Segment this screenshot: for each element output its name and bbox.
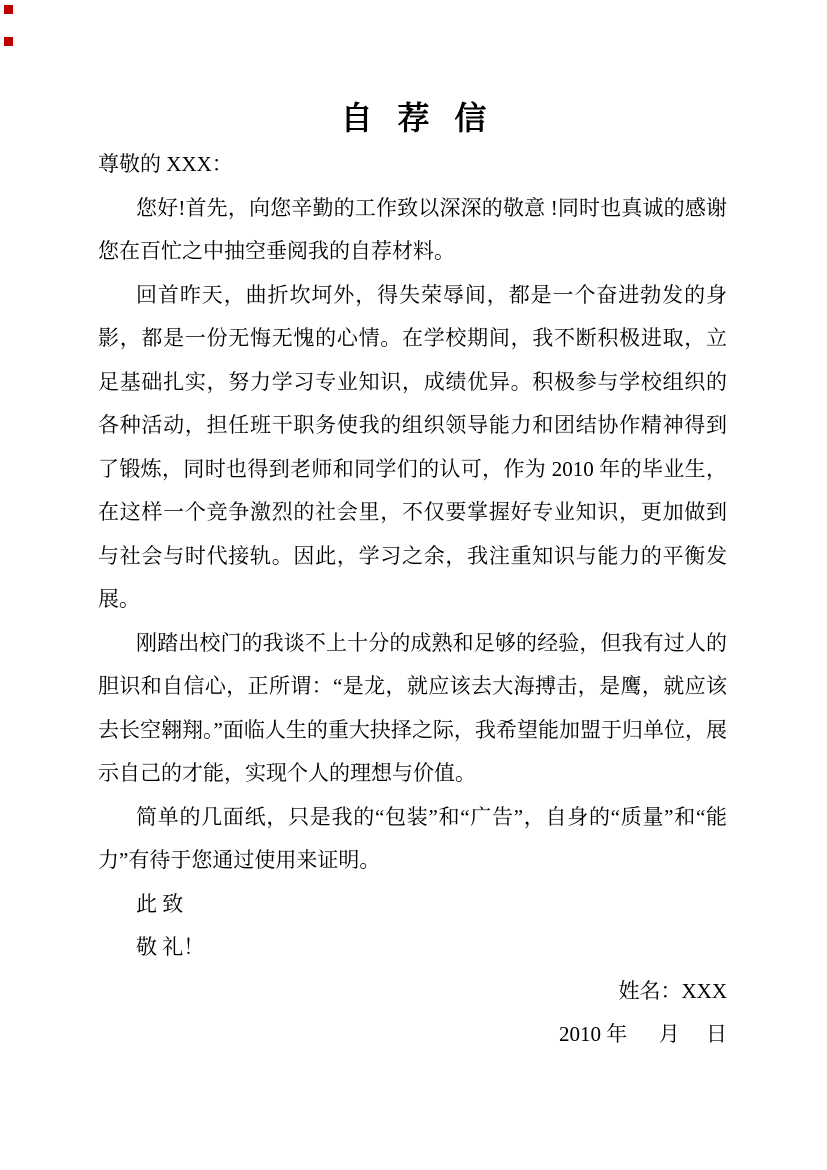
signature-name: 姓名：XXX bbox=[98, 970, 727, 1014]
letter-content: 尊敬的 XXX： 您好!首先，向您辛勤的工作致以深深的敬意 !同时也真诚的感谢您… bbox=[98, 143, 727, 1057]
closing-jingli: 敬 礼！ bbox=[98, 926, 727, 970]
signature-date: 2010 年 月 日 bbox=[98, 1013, 727, 1057]
paragraph-confidence: 刚踏出校门的我谈不上十分的成熟和足够的经验，但我有过人的胆识和自信心，正所谓：“… bbox=[98, 622, 727, 796]
closing-cizhi: 此 致 bbox=[98, 883, 727, 927]
page-marker bbox=[4, 37, 13, 46]
letter-title: 自 荐 信 bbox=[0, 0, 827, 137]
letter-page: 自 荐 信 尊敬的 XXX： 您好!首先，向您辛勤的工作致以深深的敬意 !同时也… bbox=[0, 0, 827, 1170]
paragraph-summary: 简单的几面纸，只是我的“包装”和“广告”，自身的“质量”和“能力”有待于您通过使… bbox=[98, 796, 727, 883]
salutation: 尊敬的 XXX： bbox=[98, 143, 727, 187]
page-marker bbox=[4, 5, 13, 14]
paragraph-school-experience: 回首昨天，曲折坎坷外，得失荣辱间，都是一个奋进勃发的身影，都是一份无悔无愧的心情… bbox=[98, 274, 727, 622]
paragraph-greeting: 您好!首先，向您辛勤的工作致以深深的敬意 !同时也真诚的感谢您在百忙之中抽空垂阅… bbox=[98, 187, 727, 274]
